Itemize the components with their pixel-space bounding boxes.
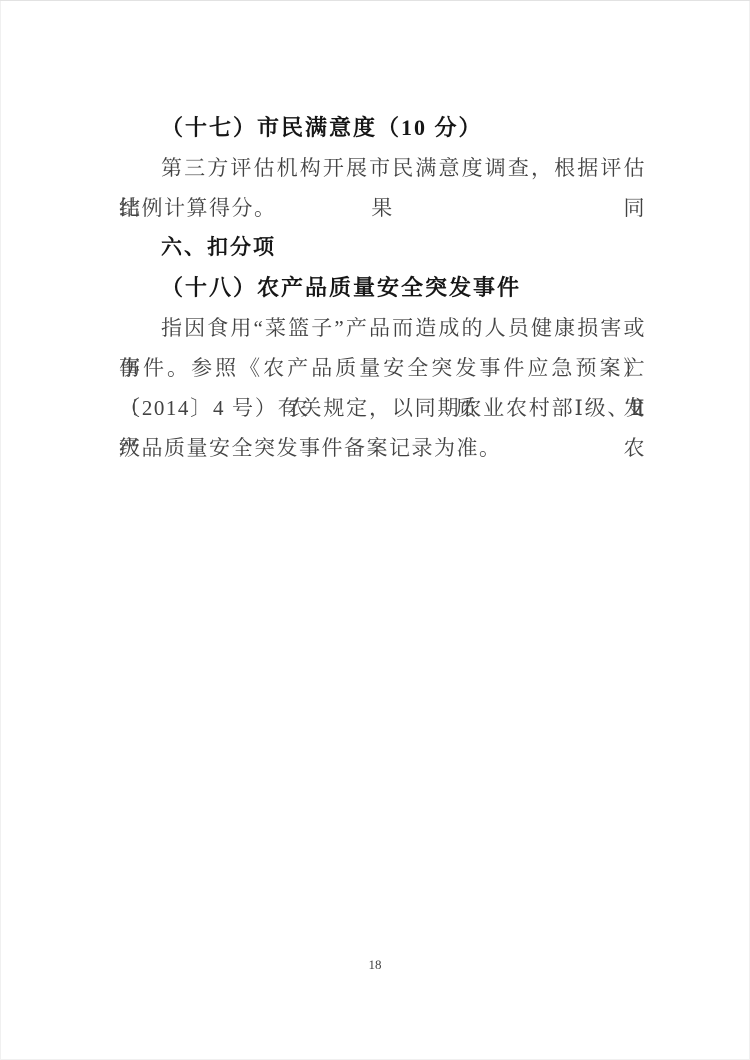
section-17-heading: （十七）市民满意度（10 分） [119, 108, 646, 148]
section-6-heading: 六、扣分项 [119, 228, 646, 268]
section-18-heading: （十八）农产品质量安全突发事件 [119, 268, 646, 308]
page-number: 18 [0, 957, 750, 973]
document-content: （十七）市民满意度（10 分） 第三方评估机构开展市民满意度调查，根据评估结果同… [119, 108, 646, 468]
section-18-paragraph-line: 事件。参照《农产品质量安全突发事件应急预案》（农质发 [119, 348, 646, 388]
section-17-paragraph-line: 第三方评估机构开展市民满意度调查，根据评估结果同 [119, 148, 646, 188]
section-18-paragraph-line: 指因食用“菜篮子”产品而造成的人员健康损害或伤亡 [119, 308, 646, 348]
document-page: （十七）市民满意度（10 分） 第三方评估机构开展市民满意度调查，根据评估结果同… [0, 0, 750, 1060]
section-18-paragraph-line: 〔2014〕4 号）有关规定，以同期农业农村部Ⅰ级、Ⅱ级农 [119, 388, 646, 428]
